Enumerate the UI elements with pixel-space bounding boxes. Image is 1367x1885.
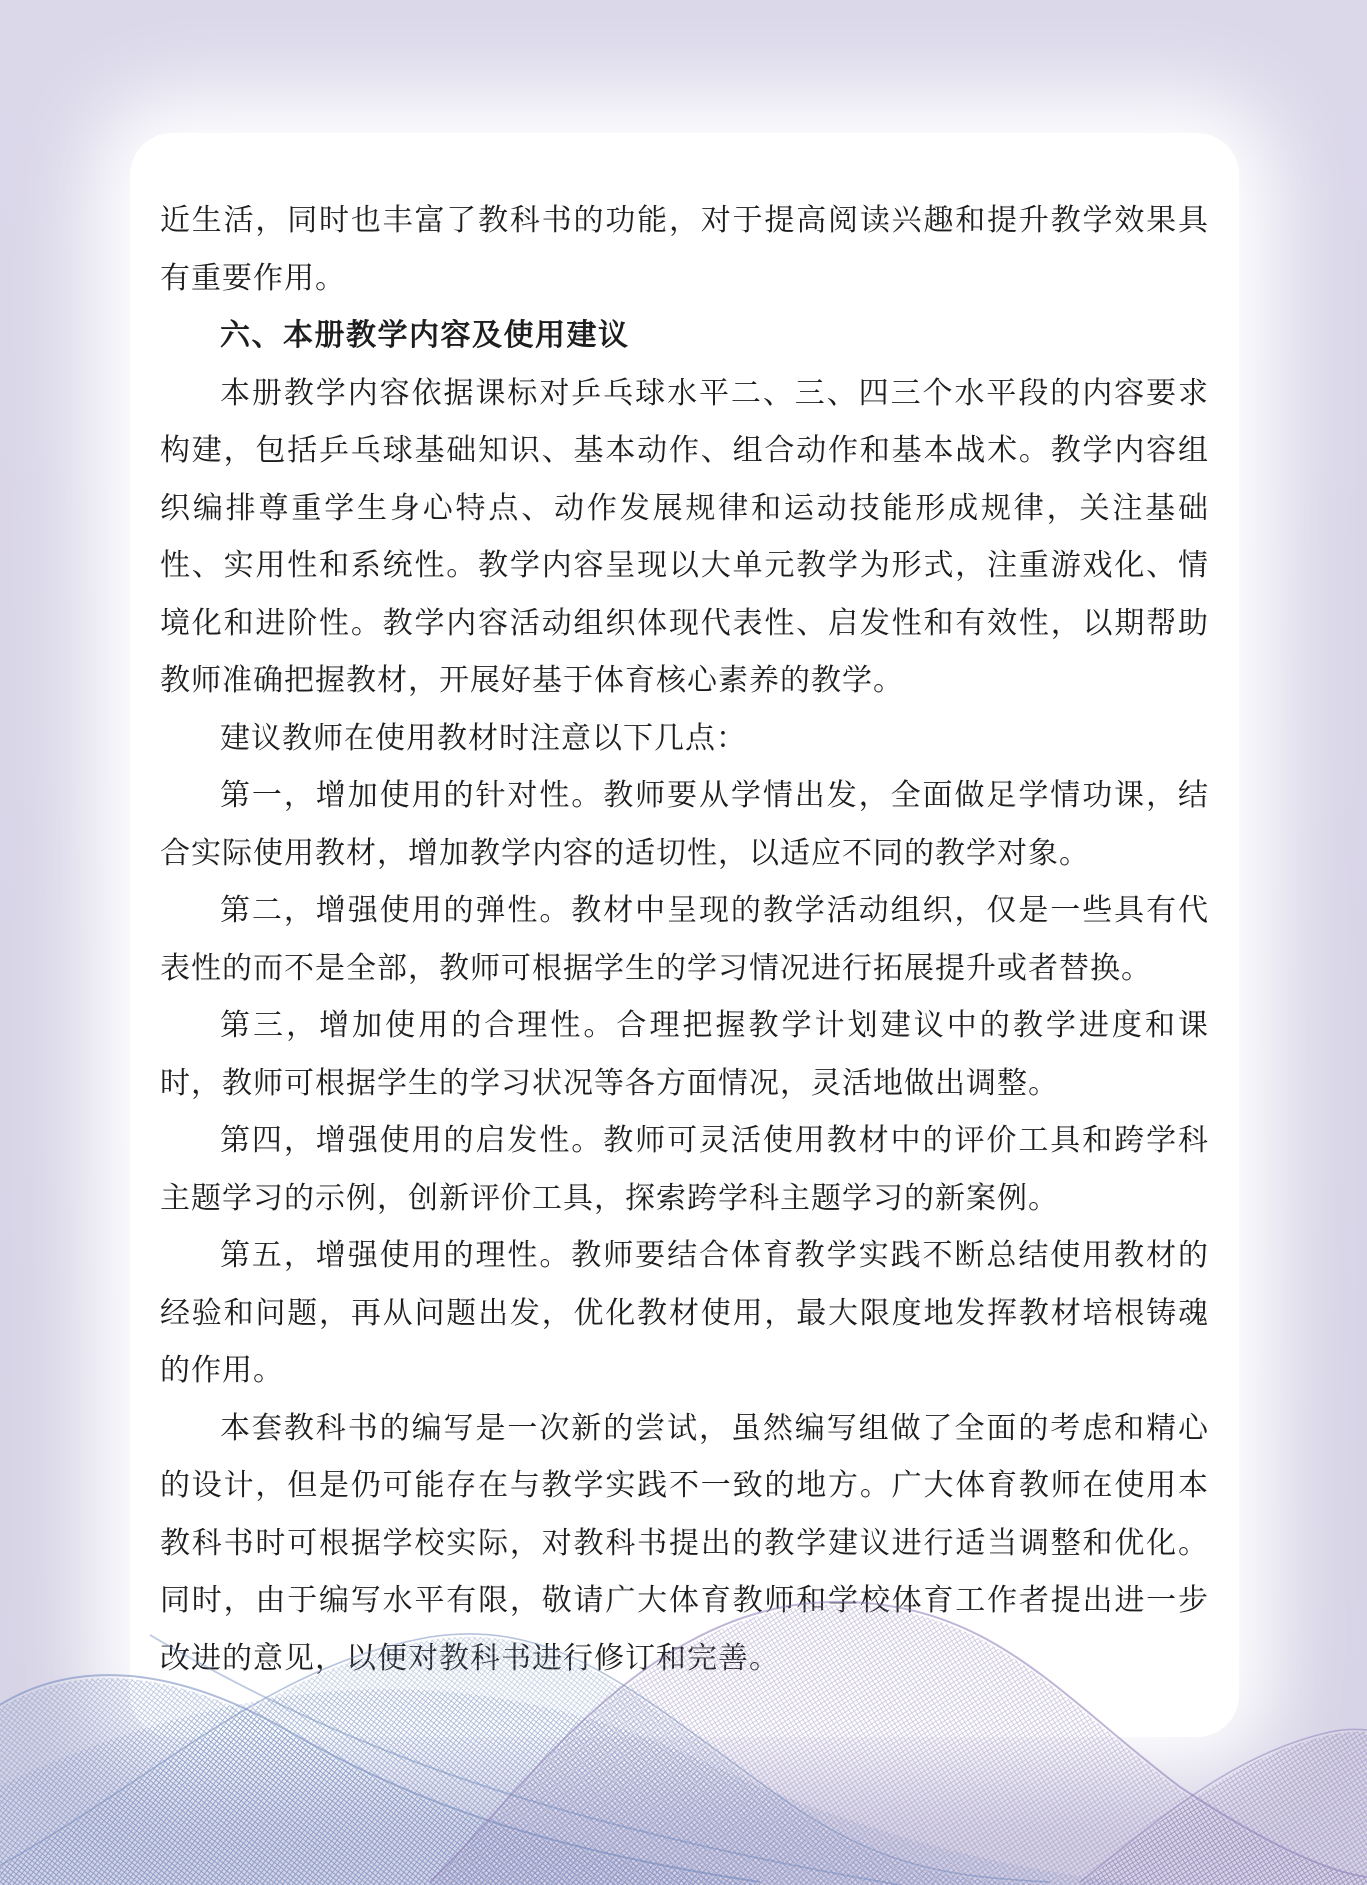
book-page: 近生活，同时也丰富了教科书的功能，对于提高阅读兴趣和提升教学效果具有重要作用。 … [0, 0, 1367, 1885]
paragraph: 六、本册教学内容及使用建议 [160, 307, 1209, 365]
paragraph: 建议教师在使用教材时注意以下几点： [160, 710, 1209, 768]
paragraph: 第五，增强使用的理性。教师要结合体育教学实践不断总结使用教材的经验和问题，再从问… [160, 1227, 1209, 1400]
paragraph: 近生活，同时也丰富了教科书的功能，对于提高阅读兴趣和提升教学效果具有重要作用。 [160, 192, 1209, 307]
paragraph: 第三，增加使用的合理性。合理把握教学计划建议中的教学进度和课时，教师可根据学生的… [160, 997, 1209, 1112]
paragraph: 本套教科书的编写是一次新的尝试，虽然编写组做了全面的考虑和精心的设计，但是仍可能… [160, 1400, 1209, 1688]
paragraph: 本册教学内容依据课标对乒乓球水平二、三、四三个水平段的内容要求构建，包括乒乓球基… [160, 365, 1209, 710]
paragraph: 第四，增强使用的启发性。教师可灵活使用教材中的评价工具和跨学科主题学习的示例，创… [160, 1112, 1209, 1227]
wave-purple-corner [1080, 1732, 1367, 1885]
wave-edge-line [1080, 1729, 1367, 1882]
document-body: 近生活，同时也丰富了教科书的功能，对于提高阅读兴趣和提升教学效果具有重要作用。 … [160, 192, 1209, 1687]
paragraph: 第一，增加使用的针对性。教师要从学情出发，全面做足学情功课，结合实际使用教材，增… [160, 767, 1209, 882]
paragraph: 第二，增强使用的弹性。教材中呈现的教学活动组织，仅是一些具有代表性的而不是全部，… [160, 882, 1209, 997]
